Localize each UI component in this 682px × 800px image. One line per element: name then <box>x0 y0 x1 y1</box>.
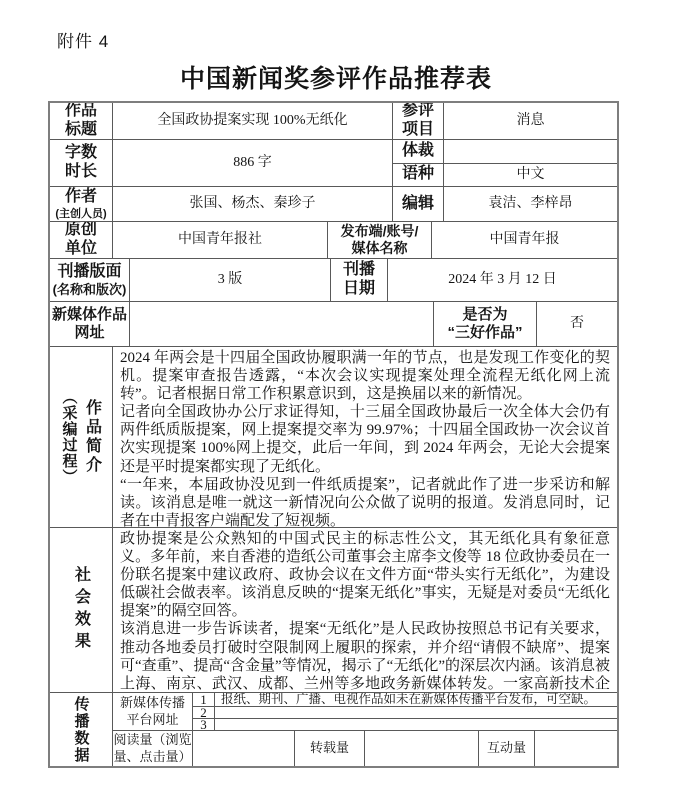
social-effect-label: 社会效果 <box>70 566 93 654</box>
url-row-text: 报纸、期刊、广播、电视作品如未在新媒体传播平台发布，可空缺。 <box>215 693 617 706</box>
language-label: 语种 <box>393 164 444 187</box>
social-effect-label-cell: 社会效果 <box>50 528 113 692</box>
page-title: 中国新闻奖参评作品推荐表 <box>0 59 672 95</box>
spread-content: 新媒体传播 平台网址 1 报纸、期刊、广播、电视作品如未在新媒体传播平台发布，可… <box>113 693 617 766</box>
page-layout-label-main: 刊播版面 <box>57 263 121 282</box>
entry-item-value: 消息 <box>444 103 617 139</box>
read-count-value <box>193 731 295 766</box>
url-row-num: 3 <box>193 719 215 730</box>
read-count-label: 阅读量（浏览 量、点击量） <box>113 731 193 766</box>
editor-label: 编辑 <box>393 187 444 221</box>
work-intro-label-paren: （采编过程） <box>59 389 80 485</box>
spread-metrics-row: 阅读量（浏览 量、点击量） 转载量 互动量 <box>113 731 617 766</box>
social-effect-paragraph: 政协提案是公众熟知的中国式民主的标志性公文，其无纸化具有象征意义。多年前，来自香… <box>120 530 610 620</box>
url-row-text <box>215 719 617 730</box>
row-new-media-url: 新媒体作品 网址 是否为 “三好作品” 否 <box>50 302 617 347</box>
subrow-language: 语种 中文 <box>393 164 617 187</box>
publish-media-label: 发布端/账号/ 媒体名称 <box>328 222 432 258</box>
editor-value: 袁洁、李梓昂 <box>444 187 617 221</box>
publish-media-value: 中国青年报 <box>432 222 617 258</box>
row-author: 作者 (主创人员) 张国、杨杰、秦珍子 编辑 袁洁、李梓昂 <box>50 187 617 222</box>
spread-label-cell: 传播数据 <box>50 693 113 766</box>
document-page: 附件 4 中国新闻奖参评作品推荐表 作品 标题 全国政协提案实现 100%无纸化… <box>0 0 682 800</box>
url-row-num: 1 <box>193 693 215 706</box>
word-count-value: 886 字 <box>113 140 393 186</box>
spread-url-row: 2 <box>193 707 617 719</box>
author-value: 张国、杨杰、秦珍子 <box>113 187 393 221</box>
recommendation-form-table: 作品 标题 全国政协提案实现 100%无纸化 参评 项目 消息 字数 时长 88… <box>48 101 619 768</box>
publish-date-value: 2024 年 3 月 12 日 <box>388 259 617 301</box>
interact-count-label: 互动量 <box>479 731 535 766</box>
repost-count-label: 转载量 <box>295 731 365 766</box>
page-layout-label-sub: (名称和版次) <box>53 283 127 297</box>
author-label: 作者 (主创人员) <box>50 187 113 221</box>
social-effect-content: 政协提案是公众熟知的中国式民主的标志性公文，其无纸化具有象征意义。多年前，来自香… <box>113 528 617 692</box>
entry-item-label: 参评 项目 <box>393 103 444 139</box>
spread-url-block: 新媒体传播 平台网址 1 报纸、期刊、广播、电视作品如未在新媒体传播平台发布，可… <box>113 693 617 731</box>
author-label-sub: (主创人员) <box>55 208 106 220</box>
spread-url-row: 1 报纸、期刊、广播、电视作品如未在新媒体传播平台发布，可空缺。 <box>193 693 617 707</box>
author-label-main: 作者 <box>65 188 97 207</box>
three-good-label: 是否为 “三好作品” <box>434 302 537 346</box>
intro-paragraph: 2024 年两会是十四届全国政协履职满一年的节点，也是发现工作变化的契机。提案审… <box>120 349 610 403</box>
row-word-count: 字数 时长 886 字 体裁 语种 中文 <box>50 140 617 187</box>
work-title-value: 全国政协提案实现 100%无纸化 <box>113 103 393 139</box>
intro-paragraph: 记者向全国政协办公厅求证得知，十三届全国政协最后一次全体大会仍有两件纸质版提案，… <box>120 403 610 475</box>
row-work-title: 作品 标题 全国政协提案实现 100%无纸化 参评 项目 消息 <box>50 103 617 140</box>
genre-value <box>444 140 617 163</box>
publish-date-label: 刊播 日期 <box>331 259 388 301</box>
genre-label: 体裁 <box>393 140 444 163</box>
intro-paragraph: “一年来，本届政协没见到一件纸质提案”，记者就此作了进一步采访和解读。该消息是唯… <box>120 476 610 527</box>
page-layout-value: 3 版 <box>130 259 331 301</box>
work-intro-label-main: 作品简介 <box>81 399 104 475</box>
new-media-url-label: 新媒体作品 网址 <box>50 302 130 346</box>
attachment-label: 附件 4 <box>57 27 109 52</box>
spread-label: 传播数据 <box>71 696 92 764</box>
work-intro-label-cell: 作品简介 （采编过程） <box>50 347 113 527</box>
word-count-label: 字数 时长 <box>50 140 113 186</box>
page-layout-label: 刊播版面 (名称和版次) <box>50 259 130 301</box>
genre-language-stack: 体裁 语种 中文 <box>393 140 617 186</box>
original-unit-value: 中国青年报社 <box>113 222 328 258</box>
original-unit-label: 原创 单位 <box>50 222 113 258</box>
row-original-unit: 原创 单位 中国青年报社 发布端/账号/ 媒体名称 中国青年报 <box>50 222 617 259</box>
work-title-label: 作品 标题 <box>50 103 113 139</box>
row-work-intro: 作品简介 （采编过程） 2024 年两会是十四届全国政协履职满一年的节点，也是发… <box>50 347 617 528</box>
url-row-num: 2 <box>193 707 215 718</box>
work-intro-content: 2024 年两会是十四届全国政协履职满一年的节点，也是发现工作变化的契机。提案审… <box>113 347 617 527</box>
work-intro-label: 作品简介 （采编过程） <box>59 389 104 485</box>
row-social-effect: 社会效果 政协提案是公众熟知的中国式民主的标志性公文，其无纸化具有象征意义。多年… <box>50 528 617 693</box>
spread-url-row: 3 <box>193 719 617 730</box>
interact-count-value <box>535 731 617 766</box>
spread-url-label: 新媒体传播 平台网址 <box>113 693 193 730</box>
repost-count-value <box>365 731 479 766</box>
new-media-url-value <box>130 302 434 346</box>
url-row-text <box>215 707 617 718</box>
subrow-genre: 体裁 <box>393 140 617 164</box>
social-effect-paragraph: 该消息进一步告诉读者，提案“无纸化”是人民政协按照总书记有关要求，推动各地委员打… <box>120 620 610 692</box>
three-good-value: 否 <box>537 302 617 346</box>
row-page-layout: 刊播版面 (名称和版次) 3 版 刊播 日期 2024 年 3 月 12 日 <box>50 259 617 302</box>
row-spread-data: 传播数据 新媒体传播 平台网址 1 报纸、期刊、广播、电视作品如未在新媒体传播平… <box>50 693 617 766</box>
spread-url-rows: 1 报纸、期刊、广播、电视作品如未在新媒体传播平台发布，可空缺。 2 3 <box>193 693 617 730</box>
language-value: 中文 <box>444 164 617 187</box>
